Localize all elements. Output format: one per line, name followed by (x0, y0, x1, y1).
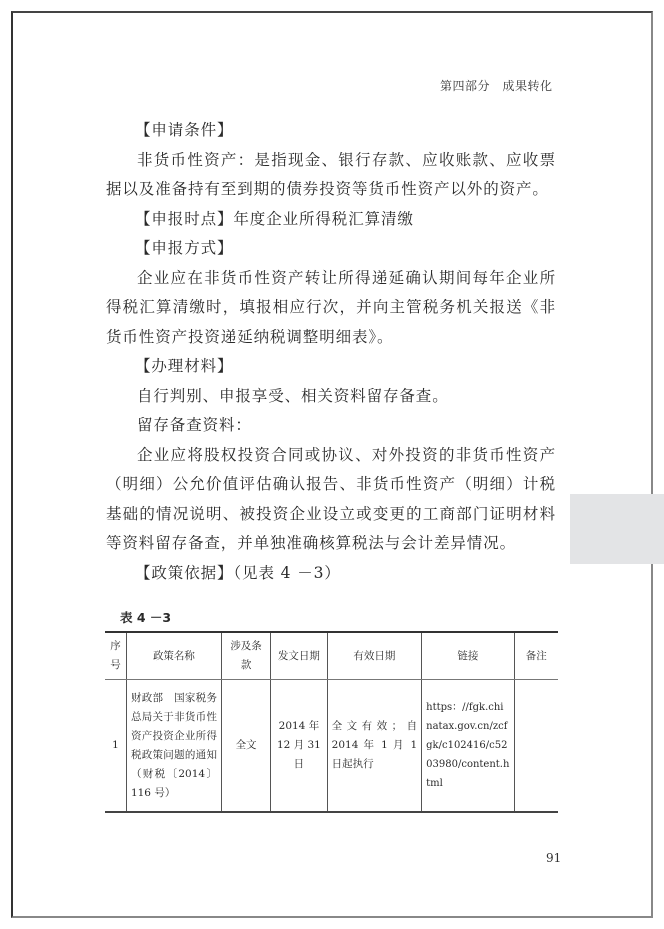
cell-note (514, 680, 558, 813)
table-header-row: 序号 政策名称 涉及条款 发文日期 有效日期 链接 备注 (105, 632, 558, 680)
section-thumb-tab (570, 494, 664, 564)
heading-filing-method: 【申报方式】 (106, 234, 556, 264)
heading-materials: 【办理材料】 (106, 352, 556, 382)
header-clause: 涉及条款 (221, 632, 270, 680)
cell-effective-date: 全文有效；自 2014 年 1 月 1 日起执行 (327, 680, 422, 813)
paragraph-self-assessment: 自行判别、申报享受、相关资料留存备查。 (106, 382, 556, 412)
cell-link[interactable]: https：//fgk.chinatax.gov.cn/zcfgk/c10241… (422, 680, 514, 813)
header-policy-name: 政策名称 (126, 632, 221, 680)
header-effective-date: 有效日期 (327, 632, 422, 680)
running-head: 第四部分 成果转化 (440, 77, 553, 94)
page-number: 91 (546, 851, 561, 865)
paragraph-retained-materials-label: 留存备查资料： (106, 411, 556, 441)
header-seq: 序号 (105, 632, 126, 680)
cell-seq: 1 (105, 680, 126, 813)
heading-filing-time: 【申报时点】年度企业所得税汇算清缴 (106, 205, 556, 235)
paragraph-retained-materials: 企业应将股权投资合同或协议、对外投资的非货币性资产（明细）公允价值评估确认报告、… (106, 441, 556, 559)
cell-policy-name: 财政部 国家税务总局关于非货币性资产投资企业所得税政策问题的通知（财税〔2014… (126, 680, 221, 813)
header-link: 链接 (422, 632, 514, 680)
heading-policy-basis: 【政策依据】（见表 4 －3） (106, 559, 556, 589)
table-caption: 表 4 －3 (120, 608, 171, 626)
cell-issue-date: 2014 年 12 月 31 日 (271, 680, 327, 813)
header-note: 备注 (514, 632, 558, 680)
heading-application-conditions: 【申请条件】 (106, 116, 556, 146)
table-row: 1 财政部 国家税务总局关于非货币性资产投资企业所得税政策问题的通知（财税〔20… (105, 680, 558, 813)
header-issue-date: 发文日期 (271, 632, 327, 680)
paragraph-non-monetary-assets-definition: 非货币性资产：是指现金、银行存款、应收账款、应收票据以及准备持有至到期的债券投资… (106, 146, 556, 205)
body-text: 【申请条件】 非货币性资产：是指现金、银行存款、应收账款、应收票据以及准备持有至… (106, 116, 556, 588)
policy-table: 序号 政策名称 涉及条款 发文日期 有效日期 链接 备注 1 财政部 国家税务总… (105, 631, 558, 813)
cell-clause: 全文 (221, 680, 270, 813)
paragraph-filing-method: 企业应在非货币性资产转让所得递延确认期间每年企业所得税汇算清缴时，填报相应行次，… (106, 264, 556, 353)
